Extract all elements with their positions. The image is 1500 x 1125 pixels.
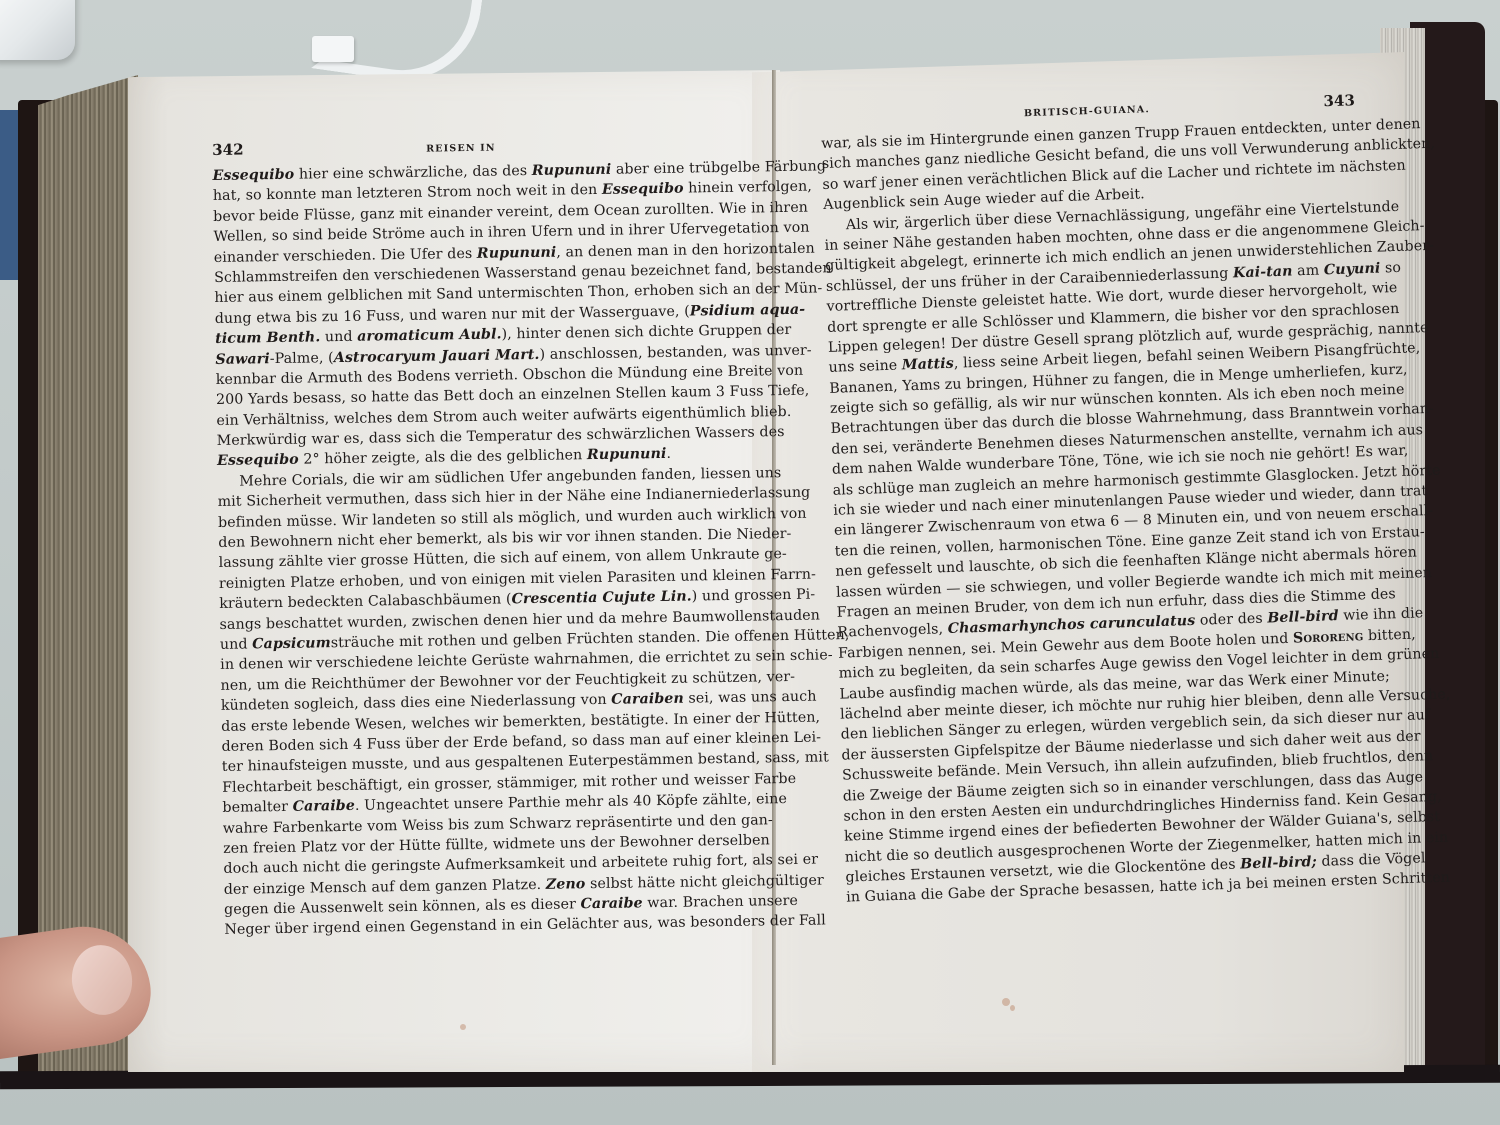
text-run: und [220, 636, 253, 653]
italic-term: Cuyuni [1324, 260, 1381, 278]
italic-term: Crescentia Cujute Lin. [511, 589, 691, 608]
italic-term: Caraibe [293, 798, 355, 815]
italic-term: Essequibo [217, 452, 299, 469]
italic-term: Caraiben [611, 691, 684, 708]
italic-term: Kai-tan [1233, 263, 1293, 281]
text-run: kräutern bedeckten Calabaschbäumen ( [219, 592, 511, 613]
left-page-text: 342 REISEN IN Essequibo hier eine schwär… [212, 132, 721, 941]
italic-term: Rupununi [477, 244, 557, 261]
italic-term: Zeno [546, 876, 586, 893]
page-number: 342 [212, 140, 244, 161]
text-run: ) und grossen Pi- [692, 587, 816, 605]
text-run: aber eine trübgelbe Färbung [611, 158, 826, 177]
italic-term: Essequibo [212, 167, 294, 184]
right-body: war, als sie im Hintergrunde einen ganze… [821, 116, 1381, 908]
foxing-stain [1010, 1005, 1015, 1011]
text-run: am [1292, 262, 1324, 279]
page-number: 343 [1323, 90, 1355, 111]
text-run: der einzige Mensch auf dem ganzen Platze… [224, 877, 546, 898]
italic-term: Sawari [215, 351, 270, 368]
text-run: wie ihn die [1338, 606, 1423, 625]
running-head-title: BRITISCH-GUIANA. [1024, 100, 1151, 125]
italic-term: Rupununi [587, 446, 667, 463]
italic-term: Bell-bird; [1240, 854, 1317, 873]
italic-term: aromaticum Aubl. [357, 327, 502, 345]
italic-term: Caraibe [580, 895, 642, 912]
text-run: bemalter [222, 799, 292, 816]
foxing-stain [1002, 998, 1010, 1006]
italic-term: Astrocaryum Jauari Mart. [334, 346, 540, 365]
text-run: -Palme, ( [270, 350, 334, 367]
spacer [820, 122, 850, 123]
text-run: 2° höher zeigte, als die des gelblichen [299, 448, 587, 469]
text-run: selbst hätte nicht gleichgültiger [585, 872, 824, 892]
text-run: Rachenvogels, [837, 621, 948, 641]
text-run: war. Brachen unsere [643, 893, 799, 911]
text-run: hier eine schwärzliche, das des [294, 163, 532, 183]
blue-object-edge [0, 110, 18, 280]
usb-plug [312, 36, 354, 62]
text-run: oder des [1195, 611, 1268, 629]
left-body: Essequibo hier eine schwärzliche, das de… [212, 158, 720, 941]
text-run: uns seine [828, 358, 902, 376]
power-adapter [0, 0, 75, 60]
text-run: sei, was uns auch [684, 689, 817, 707]
text-run: und [320, 329, 357, 346]
text-run: einander verschieden. Die Ufer des [214, 245, 477, 265]
running-head-title: REISEN IN [426, 139, 496, 160]
italic-term: Rupununi [532, 162, 612, 179]
text-run: hinein verfolgen, [683, 179, 812, 197]
italic-term: ticum Benth. [215, 329, 320, 347]
italic-term: Mattis [902, 356, 954, 374]
text-run: . [666, 446, 671, 462]
italic-term: Bell-bird [1267, 608, 1339, 626]
foxing-stain [460, 1024, 466, 1030]
text-run: so [1380, 260, 1401, 277]
right-page-text: BRITISCH-GUIANA. 343 war, als sie im Hin… [820, 90, 1381, 908]
italic-term: Psidium aqua- [690, 301, 806, 319]
text-run: bitten, [1363, 626, 1416, 644]
italic-term: Essequibo [602, 181, 684, 198]
small-caps-name: Sororeng [1293, 628, 1364, 646]
italic-term: Capsicum [252, 635, 331, 652]
